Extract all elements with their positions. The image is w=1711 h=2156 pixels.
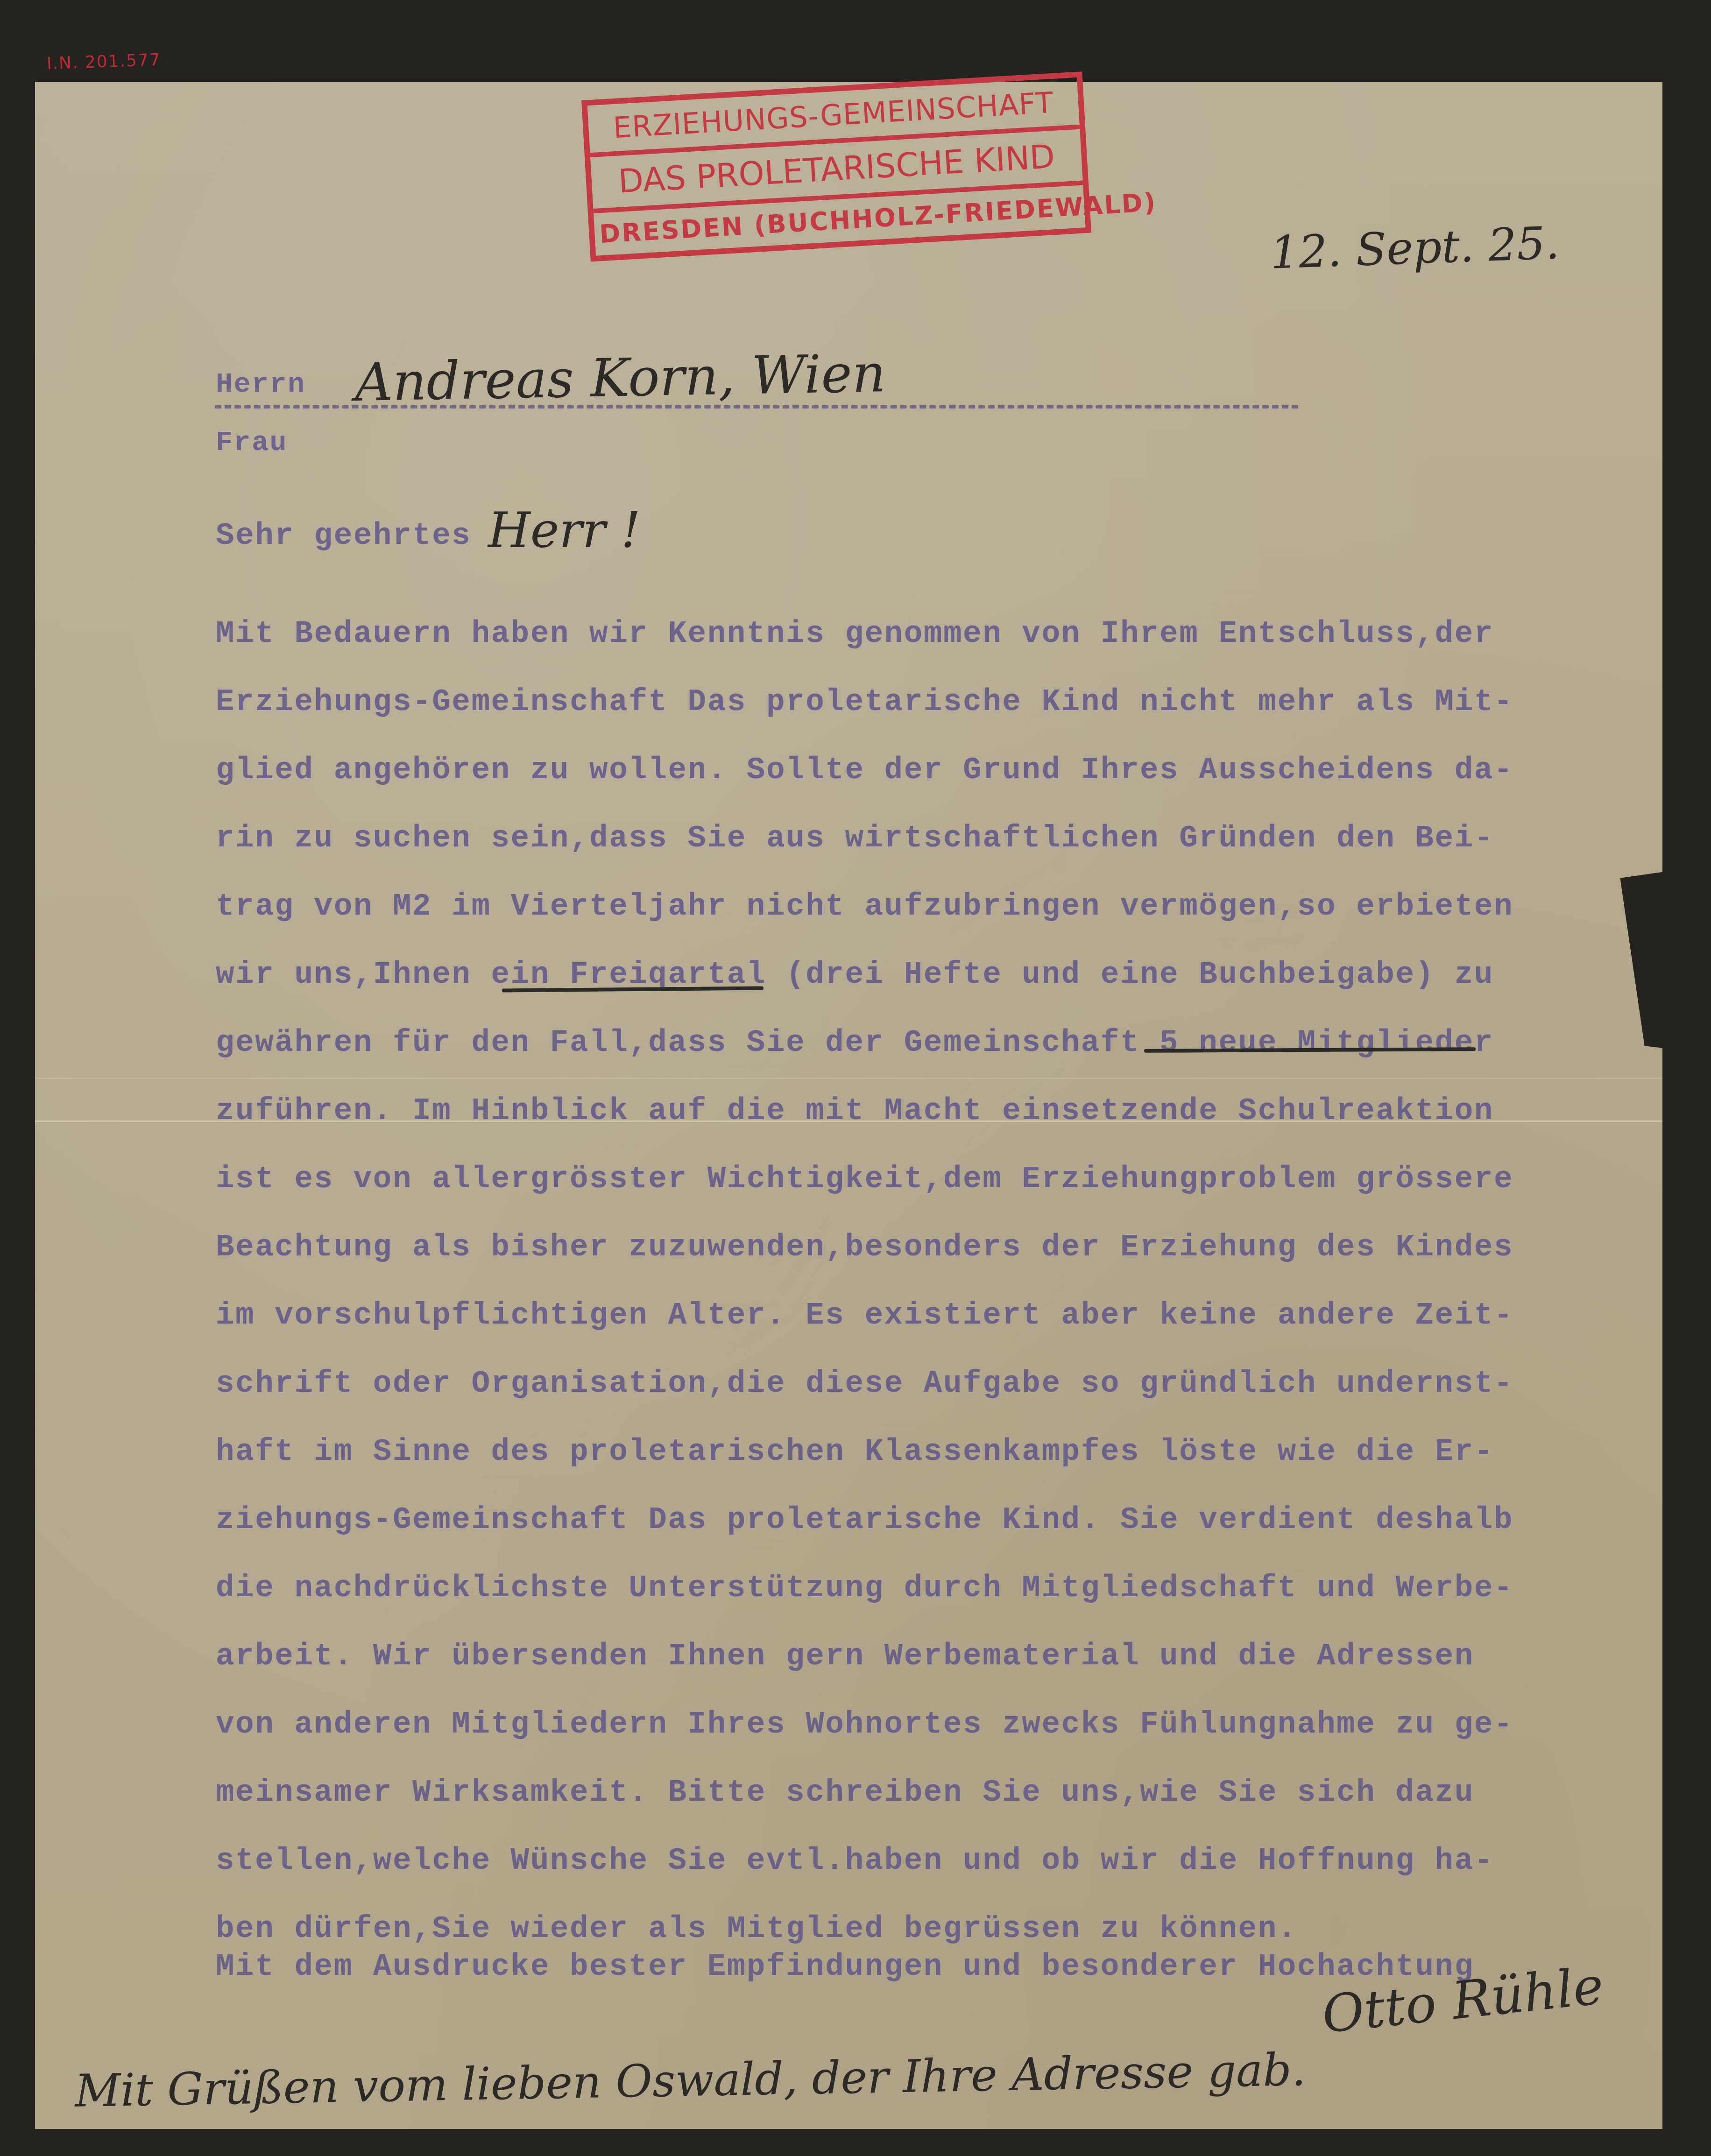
- body-line: arbeit. Wir übersenden Ihnen gern Werbem…: [216, 1639, 1474, 1674]
- archive-number: I.N. 201.577: [46, 50, 161, 74]
- paper-fold-crease-upper: [35, 1078, 1662, 1079]
- body-line: Erziehungs-Gemeinschaft Das proletarisch…: [216, 684, 1513, 719]
- body-line: ben dürfen,Sie wieder als Mitglied begrü…: [216, 1911, 1297, 1946]
- salutation-typed: Sehr geehrtes: [216, 518, 471, 553]
- herrn-label: Herrn: [216, 369, 306, 401]
- body-line: wir uns,Ihnen ein Freiqartal (drei Hefte…: [216, 957, 1494, 992]
- frau-label: Frau: [216, 427, 288, 459]
- body-line: zuführen. Im Hinblick auf die mit Macht …: [216, 1093, 1494, 1128]
- salutation-handwritten: Herr !: [488, 502, 641, 559]
- closing-line: Mit dem Ausdrucke bester Empfindungen un…: [216, 1949, 1474, 1984]
- organization-stamp: ERZIEHUNGS-GEMEINSCHAFT DAS PROLETARISCH…: [581, 71, 1091, 261]
- body-line: meinsamer Wirksamkeit. Bitte schreiben S…: [216, 1775, 1474, 1810]
- body-line: Beachtung als bisher zuzuwenden,besonder…: [216, 1230, 1513, 1265]
- body-line: Mit Bedauern haben wir Kenntnis genommen…: [216, 616, 1494, 651]
- body-line: haft im Sinne des proletarischen Klassen…: [216, 1434, 1494, 1469]
- body-line: stellen,welche Wünsche Sie evtl.haben un…: [216, 1843, 1494, 1878]
- body-line: von anderen Mitgliedern Ihres Wohnortes …: [216, 1707, 1513, 1742]
- body-line: im vorschulpflichtigen Alter. Es existie…: [216, 1298, 1513, 1333]
- handwritten-date: 12. Sept. 25.: [1269, 217, 1560, 279]
- body-line: rin zu suchen sein,dass Sie aus wirtscha…: [216, 821, 1494, 856]
- address-dotted-line: [215, 405, 1298, 409]
- body-line: glied angehören zu wollen. Sollte der Gr…: [216, 753, 1513, 788]
- body-line: die nachdrücklichste Unterstützung durch…: [216, 1571, 1513, 1606]
- body-line: trag von M2 im Vierteljahr nicht aufzubr…: [216, 889, 1513, 924]
- body-line: schrift oder Organisation,die diese Aufg…: [216, 1366, 1513, 1401]
- body-line: gewähren für den Fall,dass Sie der Gemei…: [216, 1025, 1494, 1060]
- body-line: ist es von allergrösster Wichtigkeit,dem…: [216, 1162, 1513, 1197]
- recipient-name-handwritten: Andreas Korn, Wien: [354, 343, 886, 413]
- body-line: ziehungs-Gemeinschaft Das proletarische …: [216, 1502, 1513, 1537]
